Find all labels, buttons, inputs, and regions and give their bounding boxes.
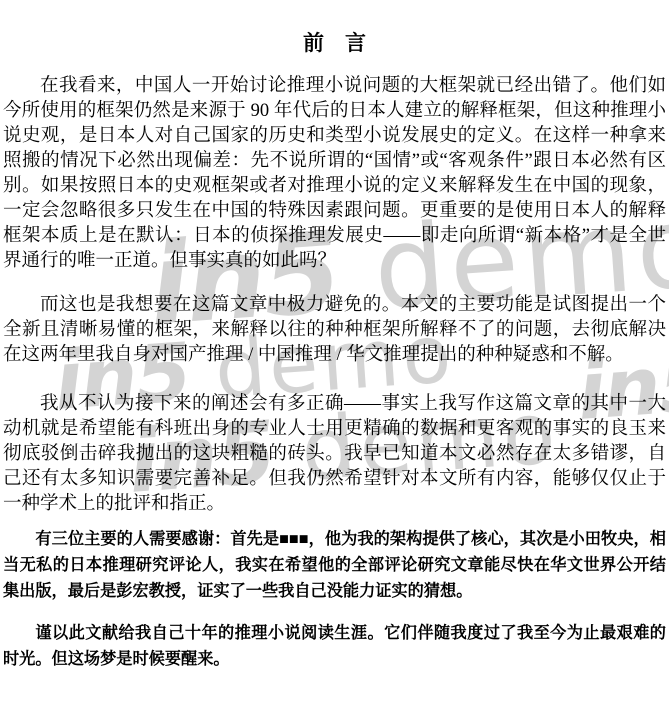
paragraph-5-dedication: 谨以此文献给我自己十年的推理小说阅读生涯。它们伴随我度过了我至今为止最艰难的时光…: [3, 620, 666, 672]
paragraph-3-humility-note: 我从不认为接下来的阐述会有多正确——事实上我写作这篇文章的其中一大动机就是希望能…: [3, 392, 666, 517]
paragraph-2-article-purpose: 而这也是我想要在这篇文章中极力避免的。本文的主要功能是试图提出一个全新且清晰易懂…: [3, 293, 666, 368]
page-title: 前 言: [3, 30, 666, 56]
paragraph-1-framework-critique: 在我看来，中国人一开始讨论推理小说问题的大框架就已经出错了。他们如今所使用的框架…: [3, 74, 666, 274]
preface-content: 前 言 在我看来，中国人一开始讨论推理小说问题的大框架就已经出错了。他们如今所使…: [0, 0, 669, 672]
document-page: { "page": { "title": "前 言" }, "watermark…: [0, 0, 669, 702]
paragraph-4-acknowledgements: 有三位主要的人需要感谢：首先是■■■，他为我的架构提供了核心，其次是小田牧央，相…: [3, 526, 666, 604]
